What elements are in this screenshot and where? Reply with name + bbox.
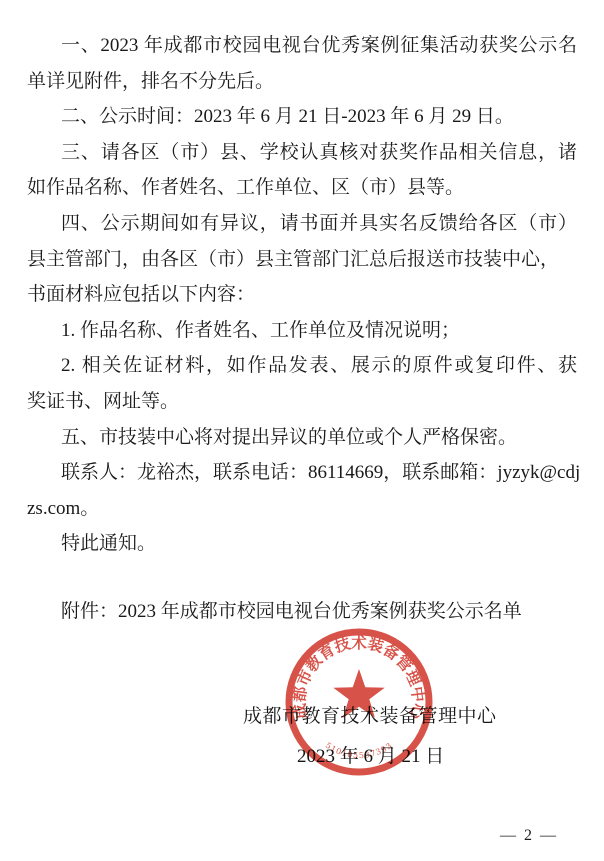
body-line: 二、公示时间：2023 年 6 月 21 日-2023 年 6 月 29 日。 [27, 104, 577, 130]
signature-org: 成都市教育技术装备管理中心 [243, 701, 497, 728]
body-line: zs.com。 [27, 496, 577, 522]
signature-date: 2023 年 6 月 21 日 [297, 741, 444, 768]
body-line: 如作品名称、作者姓名、工作单位、区（市）县等。 [27, 175, 577, 201]
body-line: 奖证书、网址等。 [27, 389, 577, 415]
body-line: 单详见附件，排名不分先后。 [27, 69, 577, 95]
body-line: 一、2023 年成都市校园电视台优秀案例征集活动获奖公示名 [27, 33, 577, 59]
body-line: 1. 作品名称、作者姓名、工作单位及情况说明； [27, 318, 577, 344]
body-line: 三、请各区（市）县、学校认真核对获奖作品相关信息，诸 [27, 140, 577, 166]
body-line: 2. 相关佐证材料，如作品发表、展示的原件或复印件、获 [27, 353, 577, 379]
body-line: 特此通知。 [27, 531, 577, 557]
body-line: 书面材料应包括以下内容： [27, 282, 577, 308]
body-line: 县主管部门，由各区（市）县主管部门汇总后报送市技装中心， [27, 247, 577, 273]
body-line: 联系人：龙裕杰，联系电话：86114669，联系邮箱：jyzyk@cdj [27, 460, 577, 486]
body-line: 五、市技装中心将对提出异议的单位或个人严格保密。 [27, 425, 577, 451]
page-number: — 2 — [500, 827, 558, 845]
document-page: 一、2023 年成都市校园电视台优秀案例征集活动获奖公示名 单详见附件，排名不分… [0, 0, 604, 861]
body-line: 四、公示期间如有异议，请书面并具实名反馈给各区（市） [27, 211, 577, 237]
attachment-line: 附件：2023 年成都市校园电视台优秀案例获奖公示名单 [27, 599, 577, 625]
